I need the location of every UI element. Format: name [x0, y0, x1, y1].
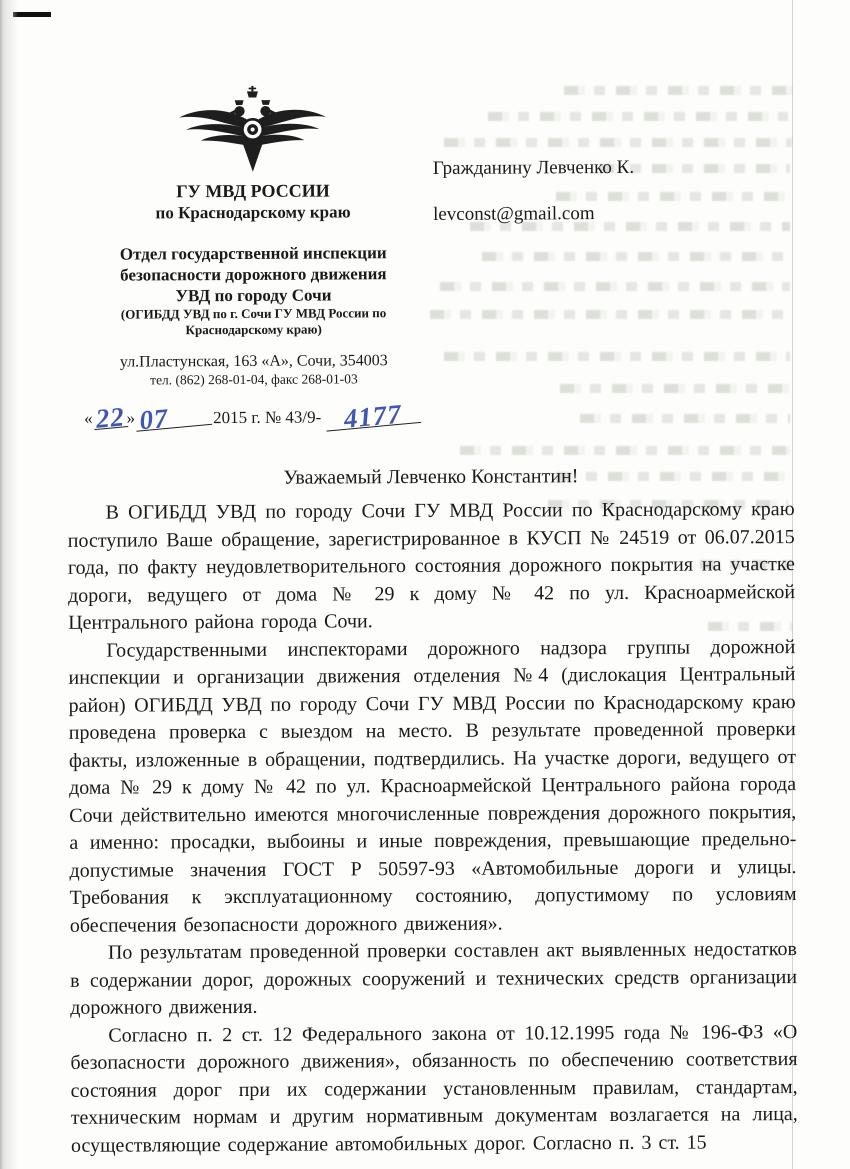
letter-content: ГУ МВД РОССИИ по Краснодарскому краю Отд… [0, 0, 850, 1169]
paragraph-1: В ОГИБДД УВД по городу Сочи ГУ МВД Росси… [68, 496, 796, 637]
dept-name-line1: Отдел государственной инспекции [83, 242, 423, 265]
dept-name-line2: безопасности дорожного движения [83, 263, 423, 286]
paragraph-4: Согласно п. 2 ст. 12 Федерального закона… [70, 1019, 798, 1160]
org-name-line1: ГУ МВД РОССИИ [83, 179, 423, 203]
dept-name-line3: УВД по городу Сочи [83, 284, 423, 307]
paragraph-2: Государственными инспекторами дорожного … [68, 634, 797, 940]
dept-abbrev-line1: (ОГИБДД УВД по г. Сочи ГУ МВД России по [84, 305, 424, 323]
recipient-block: Гражданину Левченко К. levconst@gmail.co… [432, 83, 635, 427]
handwritten-outgoing-number: 4177 [325, 402, 422, 432]
reference-line: «22»072015 г. № 43/9-4177 [84, 403, 424, 429]
org-phone: тел. (862) 268-01-04, факс 268-01-03 [84, 370, 424, 389]
letter-body: В ОГИБДД УВД по городу Сочи ГУ МВД Росси… [68, 496, 798, 1160]
open-quote: « [84, 409, 93, 428]
salutation: Уважаемый Левченко Константин! [67, 464, 794, 491]
recipient-email: levconst@gmail.com [433, 203, 634, 226]
letterhead-block: ГУ МВД РОССИИ по Краснодарскому краю Отд… [82, 84, 424, 429]
org-name-line2: по Краснодарскому краю [83, 201, 423, 224]
dept-abbrev-line2: Краснодарскому краю) [84, 321, 424, 339]
paragraph-3: По результатам проведенной проверки сост… [70, 936, 797, 1022]
reference-printed-text: 2015 г. № 43/9- [213, 408, 321, 428]
scanned-letter-page: ГУ МВД РОССИИ по Краснодарскому краю Отд… [0, 0, 850, 1169]
org-address: ул.Пластунская, 163 «А», Сочи, 354003 [84, 351, 424, 372]
recipient-name: Гражданину Левченко К. [433, 157, 634, 180]
handwritten-month: 07 [135, 404, 213, 432]
handwritten-day: 22 [92, 406, 128, 430]
mvd-emblem-icon [82, 84, 422, 178]
letter-header: ГУ МВД РОССИИ по Краснодарскому краю Отд… [82, 82, 804, 429]
